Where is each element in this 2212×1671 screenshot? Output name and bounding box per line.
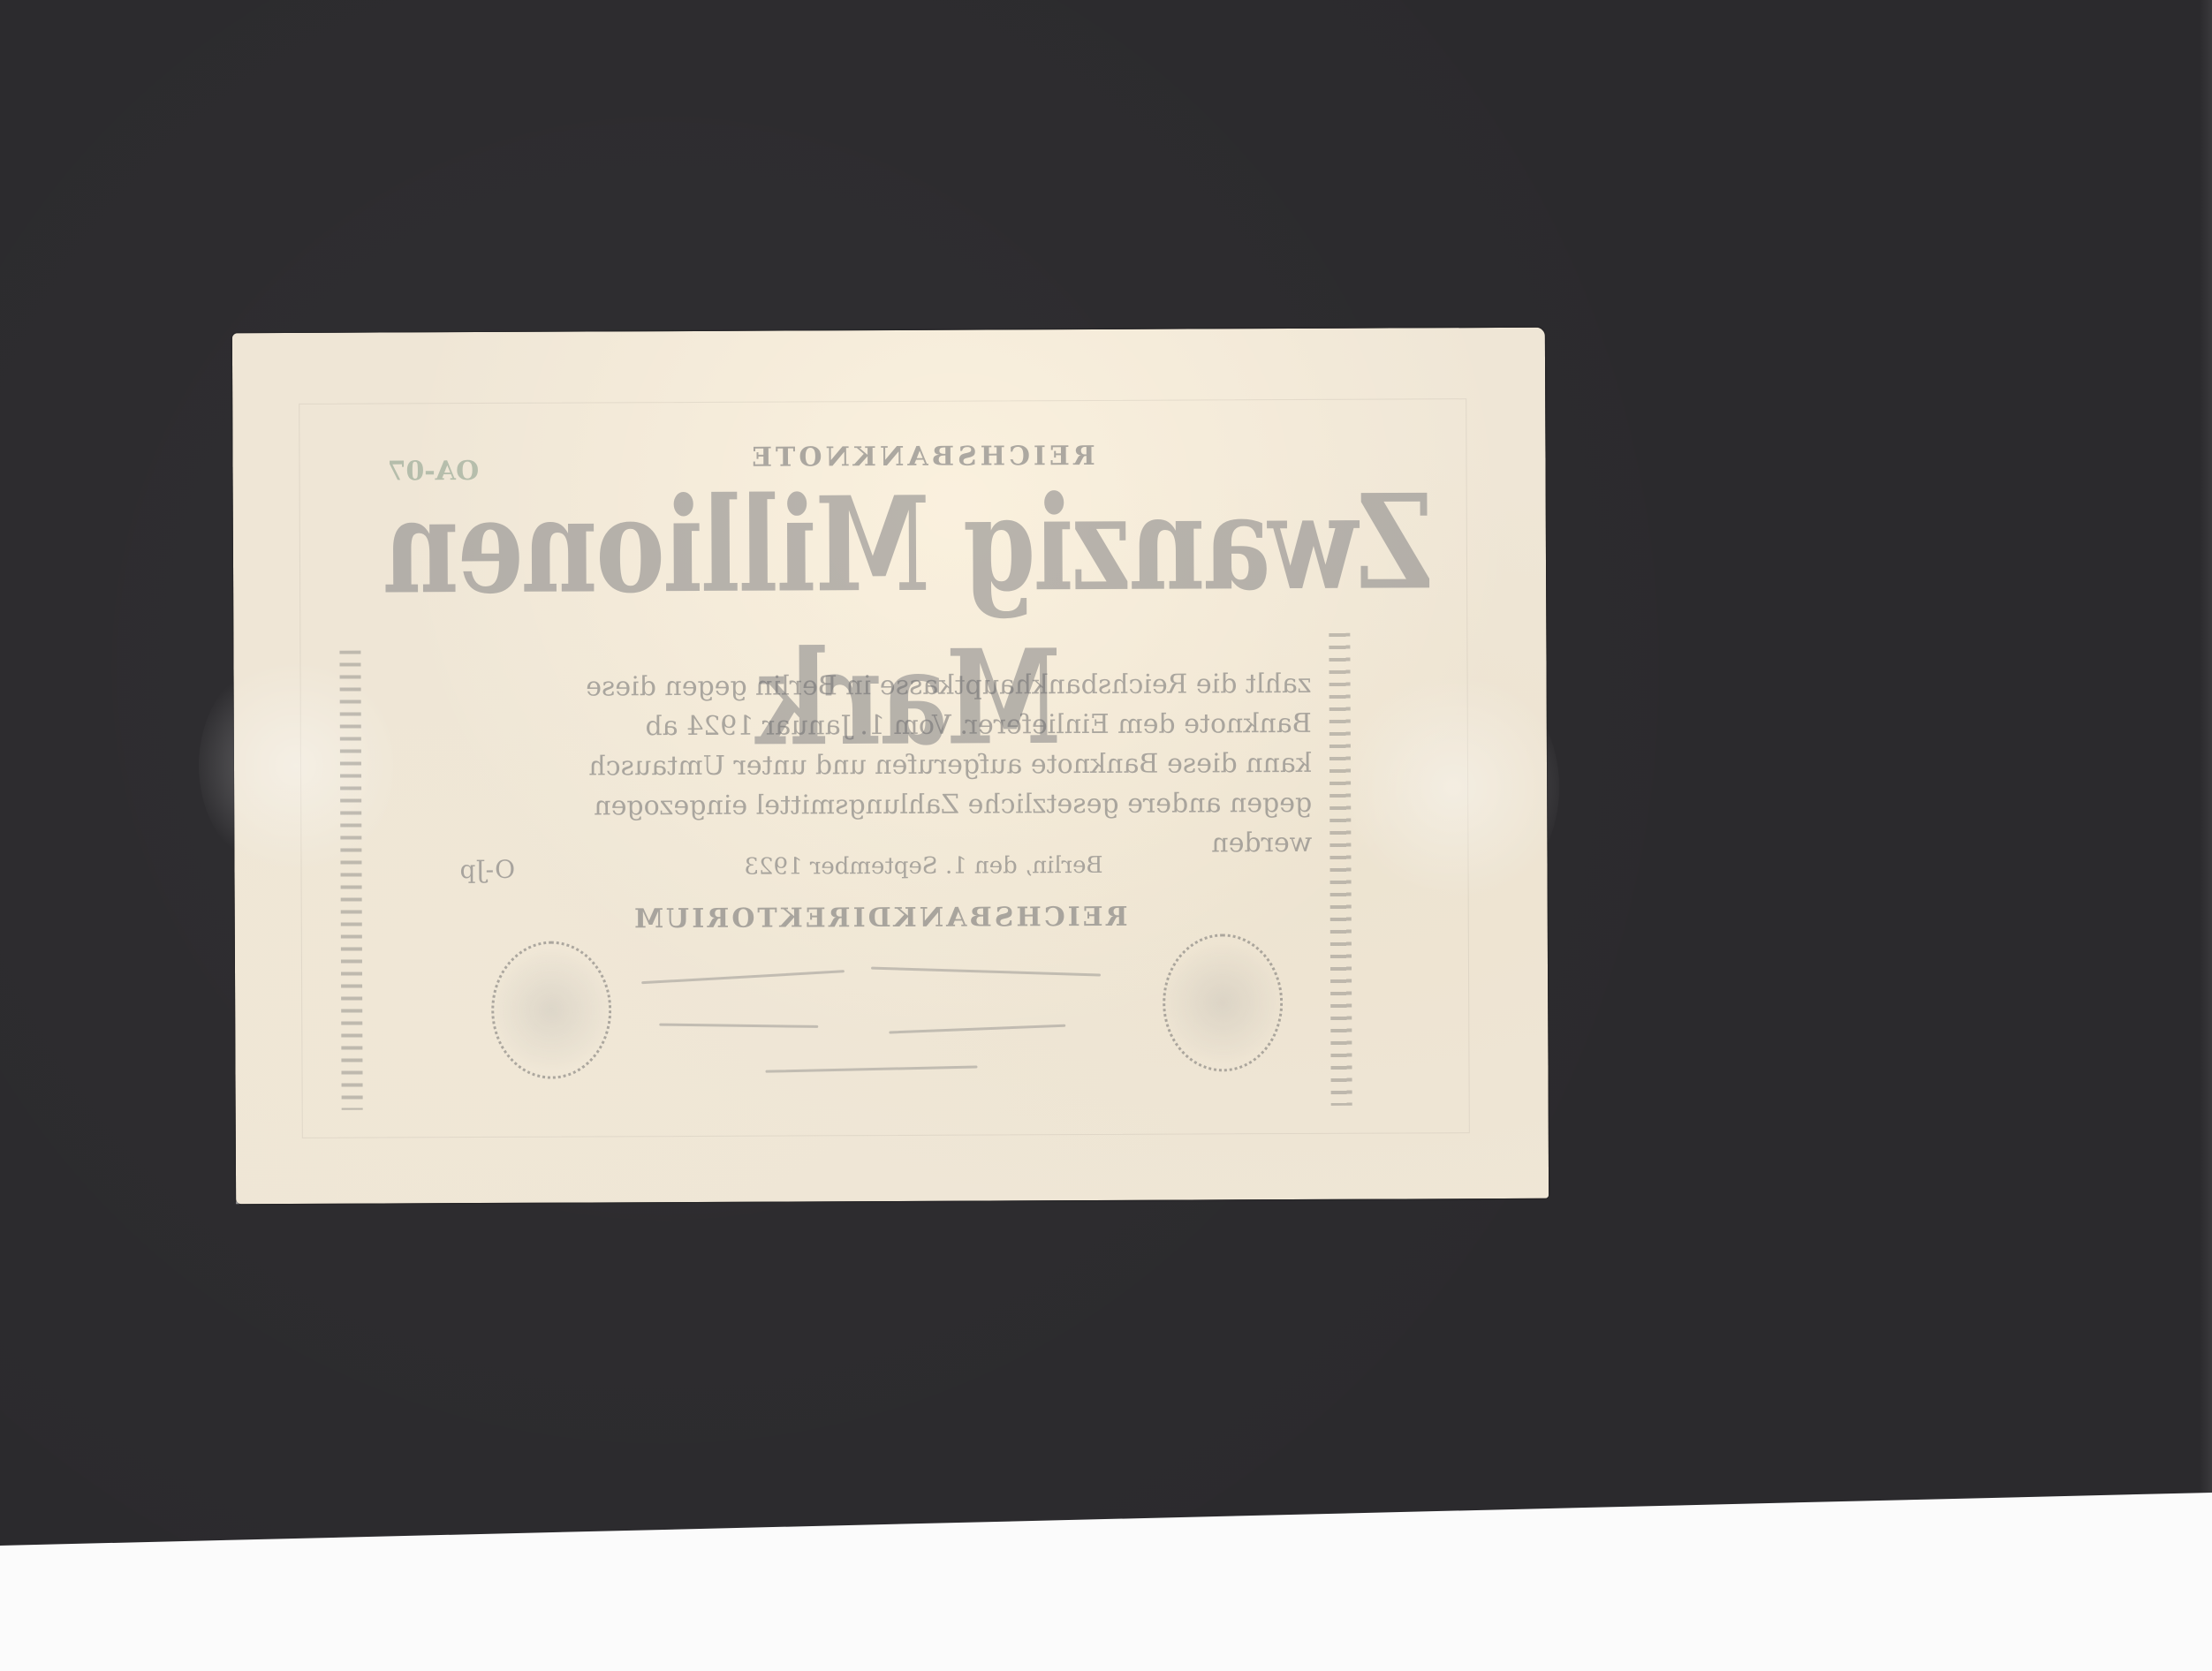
seal-left — [491, 941, 612, 1079]
issuer-line: REICHSBANKDIREKTORIUM — [606, 902, 1154, 935]
body-text: zahlt die Reichsbankhauptkasse in Berlin… — [473, 664, 1313, 866]
body-line: zahlt die Reichsbankhauptkasse in Berlin… — [473, 664, 1312, 707]
seal-right — [1163, 934, 1284, 1072]
watermark-circle — [198, 650, 393, 881]
serial-number-bottom: O-Jp — [459, 855, 515, 884]
date-line: Berlin, den 1. September 1923 — [676, 852, 1170, 881]
body-line: gegen andere gesetzliche Zahlungsmittel … — [473, 783, 1312, 827]
scanner-edge — [2200, 0, 2212, 1501]
body-line: Banknote dem Einlieferer. Vom 1. Januar … — [473, 704, 1312, 747]
banknote: OA-07 REICHSBANKNOTE Zwanzig Millionen M… — [232, 328, 1549, 1204]
body-line: kann diese Banknote aufgerufen und unter… — [473, 744, 1312, 787]
left-border-ornament — [339, 651, 362, 1110]
